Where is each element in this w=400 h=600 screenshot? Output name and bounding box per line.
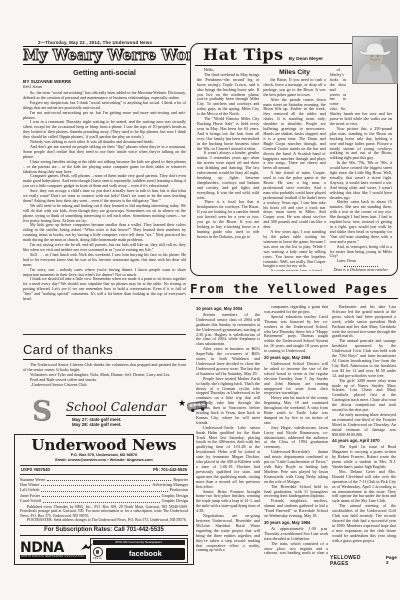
school-events: May 27: state golf meet.May 28: state go… xyxy=(72,417,122,428)
yellowed-col-2: companies regarding a grant that was awa… xyxy=(264,305,328,555)
paragraph: The girls' 3200 meter relay team made up… xyxy=(332,379,396,413)
staff-name: Carol Scholl xyxy=(20,498,41,503)
paragraph: The annual meeting of the stockholders o… xyxy=(332,504,396,543)
paragraph: Underwood-Riverdale's drama and music de… xyxy=(264,450,328,484)
ndna-caption: NORTH DAKOTA NEWSPAPER ASSOCIATION xyxy=(20,555,86,559)
bhg-facebook-box: BHG ND Community Newspapers Like us face… xyxy=(90,538,188,564)
staff-role: Graphic Design xyxy=(162,498,188,503)
paragraph: The "World Famous Miles City Bucking Hor… xyxy=(197,117,259,151)
thumbs-up-icon xyxy=(93,547,103,557)
paragraph: I think we should all take a little vow.… xyxy=(23,277,186,302)
paragraph: Sixteen members of the Underwood senior … xyxy=(196,313,260,347)
subscription-line: For Subscription Rates: Call 701-442-553… xyxy=(20,525,188,536)
dots xyxy=(47,480,171,481)
yellowed-col-1: 10 years ago, May 2004Sixteen members of… xyxy=(196,305,260,555)
weary-column-headline: My Weary Werre World xyxy=(23,46,186,65)
masthead-title: Underwood News xyxy=(20,438,188,453)
paragraph: After the parade comes down main street … xyxy=(263,98,325,172)
paragraph: There is a local bar that is headquarter… xyxy=(197,200,259,239)
paragraph: the Bison. If you need to cash a check, … xyxy=(263,78,325,98)
paragraph: A couple minutes later, a friend xyxy=(263,269,325,271)
school-logo-letter: S xyxy=(32,397,52,427)
hat-tips-subhead: Miles City xyxy=(263,69,325,76)
paragraph: Underwood-Turtle Lake senior Sarah Holm … xyxy=(196,426,260,490)
hat-tips-col-2: Miles City the Bison. If you need to cas… xyxy=(263,68,325,271)
paragraph: Underwood School District will be asked … xyxy=(264,362,328,396)
masthead-contact: Email: unews@westriv.com • Website: bhgn… xyxy=(20,458,188,463)
paragraph: After years in business as Bill's SuperV… xyxy=(196,347,260,376)
facebook-row: Like us facebook xyxy=(93,547,185,560)
paragraph: People have treated Mother Earth so badl… xyxy=(196,377,260,426)
dateline: 2—Thursday, May 22 , 2014, The Underwood… xyxy=(38,40,152,45)
paragraph: The train, which consisted of a snow plo… xyxy=(264,542,328,555)
jump-line: YELLOWED PAGES Page 3 xyxy=(330,555,400,567)
yellowed-col-3: Bachmeier and his date Lisa Schwarz led … xyxy=(332,305,396,555)
paragraph: Senior Brian Franson brought home two fi… xyxy=(196,490,260,515)
school-calendar-section: S School Calendar ★ May 27: state golf m… xyxy=(32,397,207,435)
paragraph: A late friend of mine, Casper, used to r… xyxy=(263,171,325,230)
dots xyxy=(43,502,160,503)
columnist-photo xyxy=(352,36,398,84)
weary-body: So, the term "social networking" has off… xyxy=(23,91,186,331)
paragraph: The April 1st issue of Read Magazine is … xyxy=(332,445,396,470)
staff-row: Carol SchollGraphic Design xyxy=(20,498,188,503)
paragraph: Negotiations are on-going between Underw… xyxy=(196,514,260,553)
weary-subhead: Getting anti-social xyxy=(23,68,186,77)
paragraph: Published every Thursday by BHG, Inc., P… xyxy=(20,505,188,519)
paragraph: Joey Hegre, valedictorian, Jason Leroy a… xyxy=(264,426,328,451)
yellowed-pages-headline: From the Yellowed Pages xyxy=(190,281,398,299)
paragraph: We still need to be asking and finding o… xyxy=(23,204,186,224)
hat-tips-col-3: of Shirley's locks in the door and waves… xyxy=(330,68,392,271)
paragraph: Now picture this, a 250-pound plus man, … xyxy=(330,127,392,161)
staff-list: Suzanne WerreReporterDan WinterAdvertisi… xyxy=(20,477,188,504)
ndna-logo: NDNA NORTH DAKOTA NEWSPAPER ASSOCIATION xyxy=(20,542,86,559)
paragraph: Shirley came back in about 15 minutes. S… xyxy=(330,200,392,244)
dots xyxy=(42,496,159,497)
like-us-label: Like us xyxy=(93,557,103,560)
card-of-thanks-section: Card of thanks The Underwood Senior Citi… xyxy=(23,334,186,388)
paragraph: May 28: state golf meet. xyxy=(72,422,122,427)
hat-tips-columns: Hello,The third weekend in May brings th… xyxy=(195,66,393,271)
hat-tips-byline: By Dean Meyer xyxy=(289,57,323,62)
weary-byline-org: BHG News xyxy=(23,84,186,89)
hat-tips-col-2-text: the Bison. If you need to cash a check, … xyxy=(263,78,325,271)
hat-tips-col-1: Hello,The third weekend in May brings th… xyxy=(197,68,259,271)
yellowed-pages-columns: 10 years ago, May 2004Sixteen members of… xyxy=(196,305,398,555)
card-of-thanks-body: The Underwood Senior Citizens Club thank… xyxy=(23,363,186,388)
paragraph: Bachmeier and his date Lisa Schwarz led … xyxy=(332,305,396,339)
jump-line-title: YELLOWED PAGES xyxy=(330,555,379,567)
paragraph: I was in a restaurant Thursday night wai… xyxy=(23,120,186,140)
paragraph: A few years ago, I was standing by the p… xyxy=(263,230,325,269)
paragraph: Computer games, iPads, cell phones – non… xyxy=(23,174,186,189)
card-of-thanks-title: Card of thanks xyxy=(23,342,186,360)
masthead-box: Underwood News P.O. Box 575, Underwood, … xyxy=(14,434,194,565)
paragraph: My kids grew up before computers became … xyxy=(23,223,186,243)
paragraph: I hate seeing families sitting at the ta… xyxy=(23,160,186,175)
paragraph: The third weekend in May brings the Prea… xyxy=(197,73,259,117)
bhg-label: BHG ND Community Newspapers xyxy=(93,540,185,546)
paragraph: –Underwood Senior Citizens Club xyxy=(23,383,186,388)
masthead-usps-phone-row: USPS #657540 Ph: 701-442-5525 xyxy=(20,465,188,475)
paragraph: Mrs. Delano Geier and Mrs. Donald Clevel… xyxy=(332,470,396,504)
phone-number: Ph: 701-442-5525 xyxy=(153,467,187,472)
ndna-wordmark: NDNA xyxy=(20,542,86,555)
ndna-bird-icon xyxy=(81,538,93,556)
jump-line-page: Page 3 xyxy=(386,555,400,565)
dots xyxy=(41,485,150,486)
facebook-wordmark: facebook xyxy=(106,548,185,560)
like-us: Like us xyxy=(93,547,103,560)
paragraph: At approximately 1:30 p.m. Thursday a no… xyxy=(264,527,328,542)
paragraph: In the '60s, '70s, '80s or '90s, it woul… xyxy=(330,161,392,200)
paragraph: And don't get me started on people talki… xyxy=(23,145,186,160)
paragraph: The Riverdale School held its final grad… xyxy=(264,485,328,500)
paragraph: Sure, they can occupy a child's time so … xyxy=(23,189,186,204)
paragraph: Heavy rain hit much of the county beginn… xyxy=(264,396,328,425)
paragraph: Special education teacher Carol Thomas w… xyxy=(264,315,328,354)
paragraph: Still . . . as I had lunch with Nick thi… xyxy=(23,253,186,268)
paragraph: Later, Dean xyxy=(330,259,392,264)
paragraph: The annual pancake and sausage breakfast… xyxy=(332,339,396,378)
masthead-logos: NDNA NORTH DAKOTA NEWSPAPER ASSOCIATION … xyxy=(20,538,188,564)
school-calendar-title: School Calendar xyxy=(66,400,166,416)
paragraph: An early morning blaze destroyed an esti… xyxy=(332,413,396,438)
paragraph: And, in retrospect, being old is a lot e… xyxy=(330,245,392,260)
paragraph: Friends, neighbors, teachers, alumni and… xyxy=(264,499,328,519)
columnist-tagline: Dean is a Dickinson area rancher xyxy=(330,268,392,271)
paragraph: It wasn't always a kinder, gentler natio… xyxy=(197,151,259,200)
hat-tips-title: Hat Tips xyxy=(203,45,284,64)
newspaper-page: 2—Thursday, May 22 , 2014, The Underwood… xyxy=(0,0,400,600)
paragraph: POSTMASTER: Send address changes to The … xyxy=(20,518,188,523)
dots xyxy=(41,491,167,492)
legal-text: Published every Thursday by BHG, Inc., P… xyxy=(20,505,188,523)
usps-number: USPS #657540 xyxy=(21,467,50,472)
weary-column: My Weary Werre World Getting anti-social… xyxy=(23,46,186,331)
